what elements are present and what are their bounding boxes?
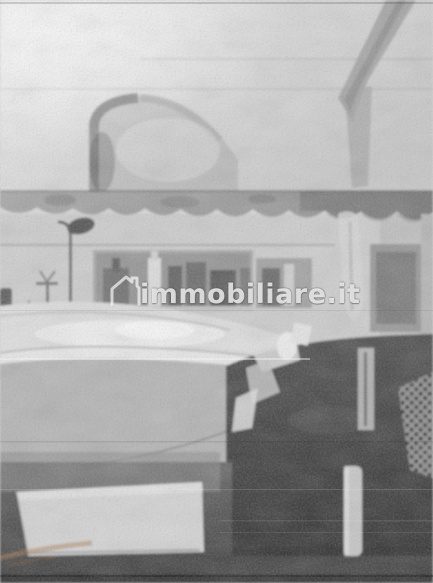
property-photo: immobiliare.it [0, 0, 433, 583]
bathroom-photo-canvas [0, 0, 433, 583]
blotch-overlay [0, 0, 433, 583]
